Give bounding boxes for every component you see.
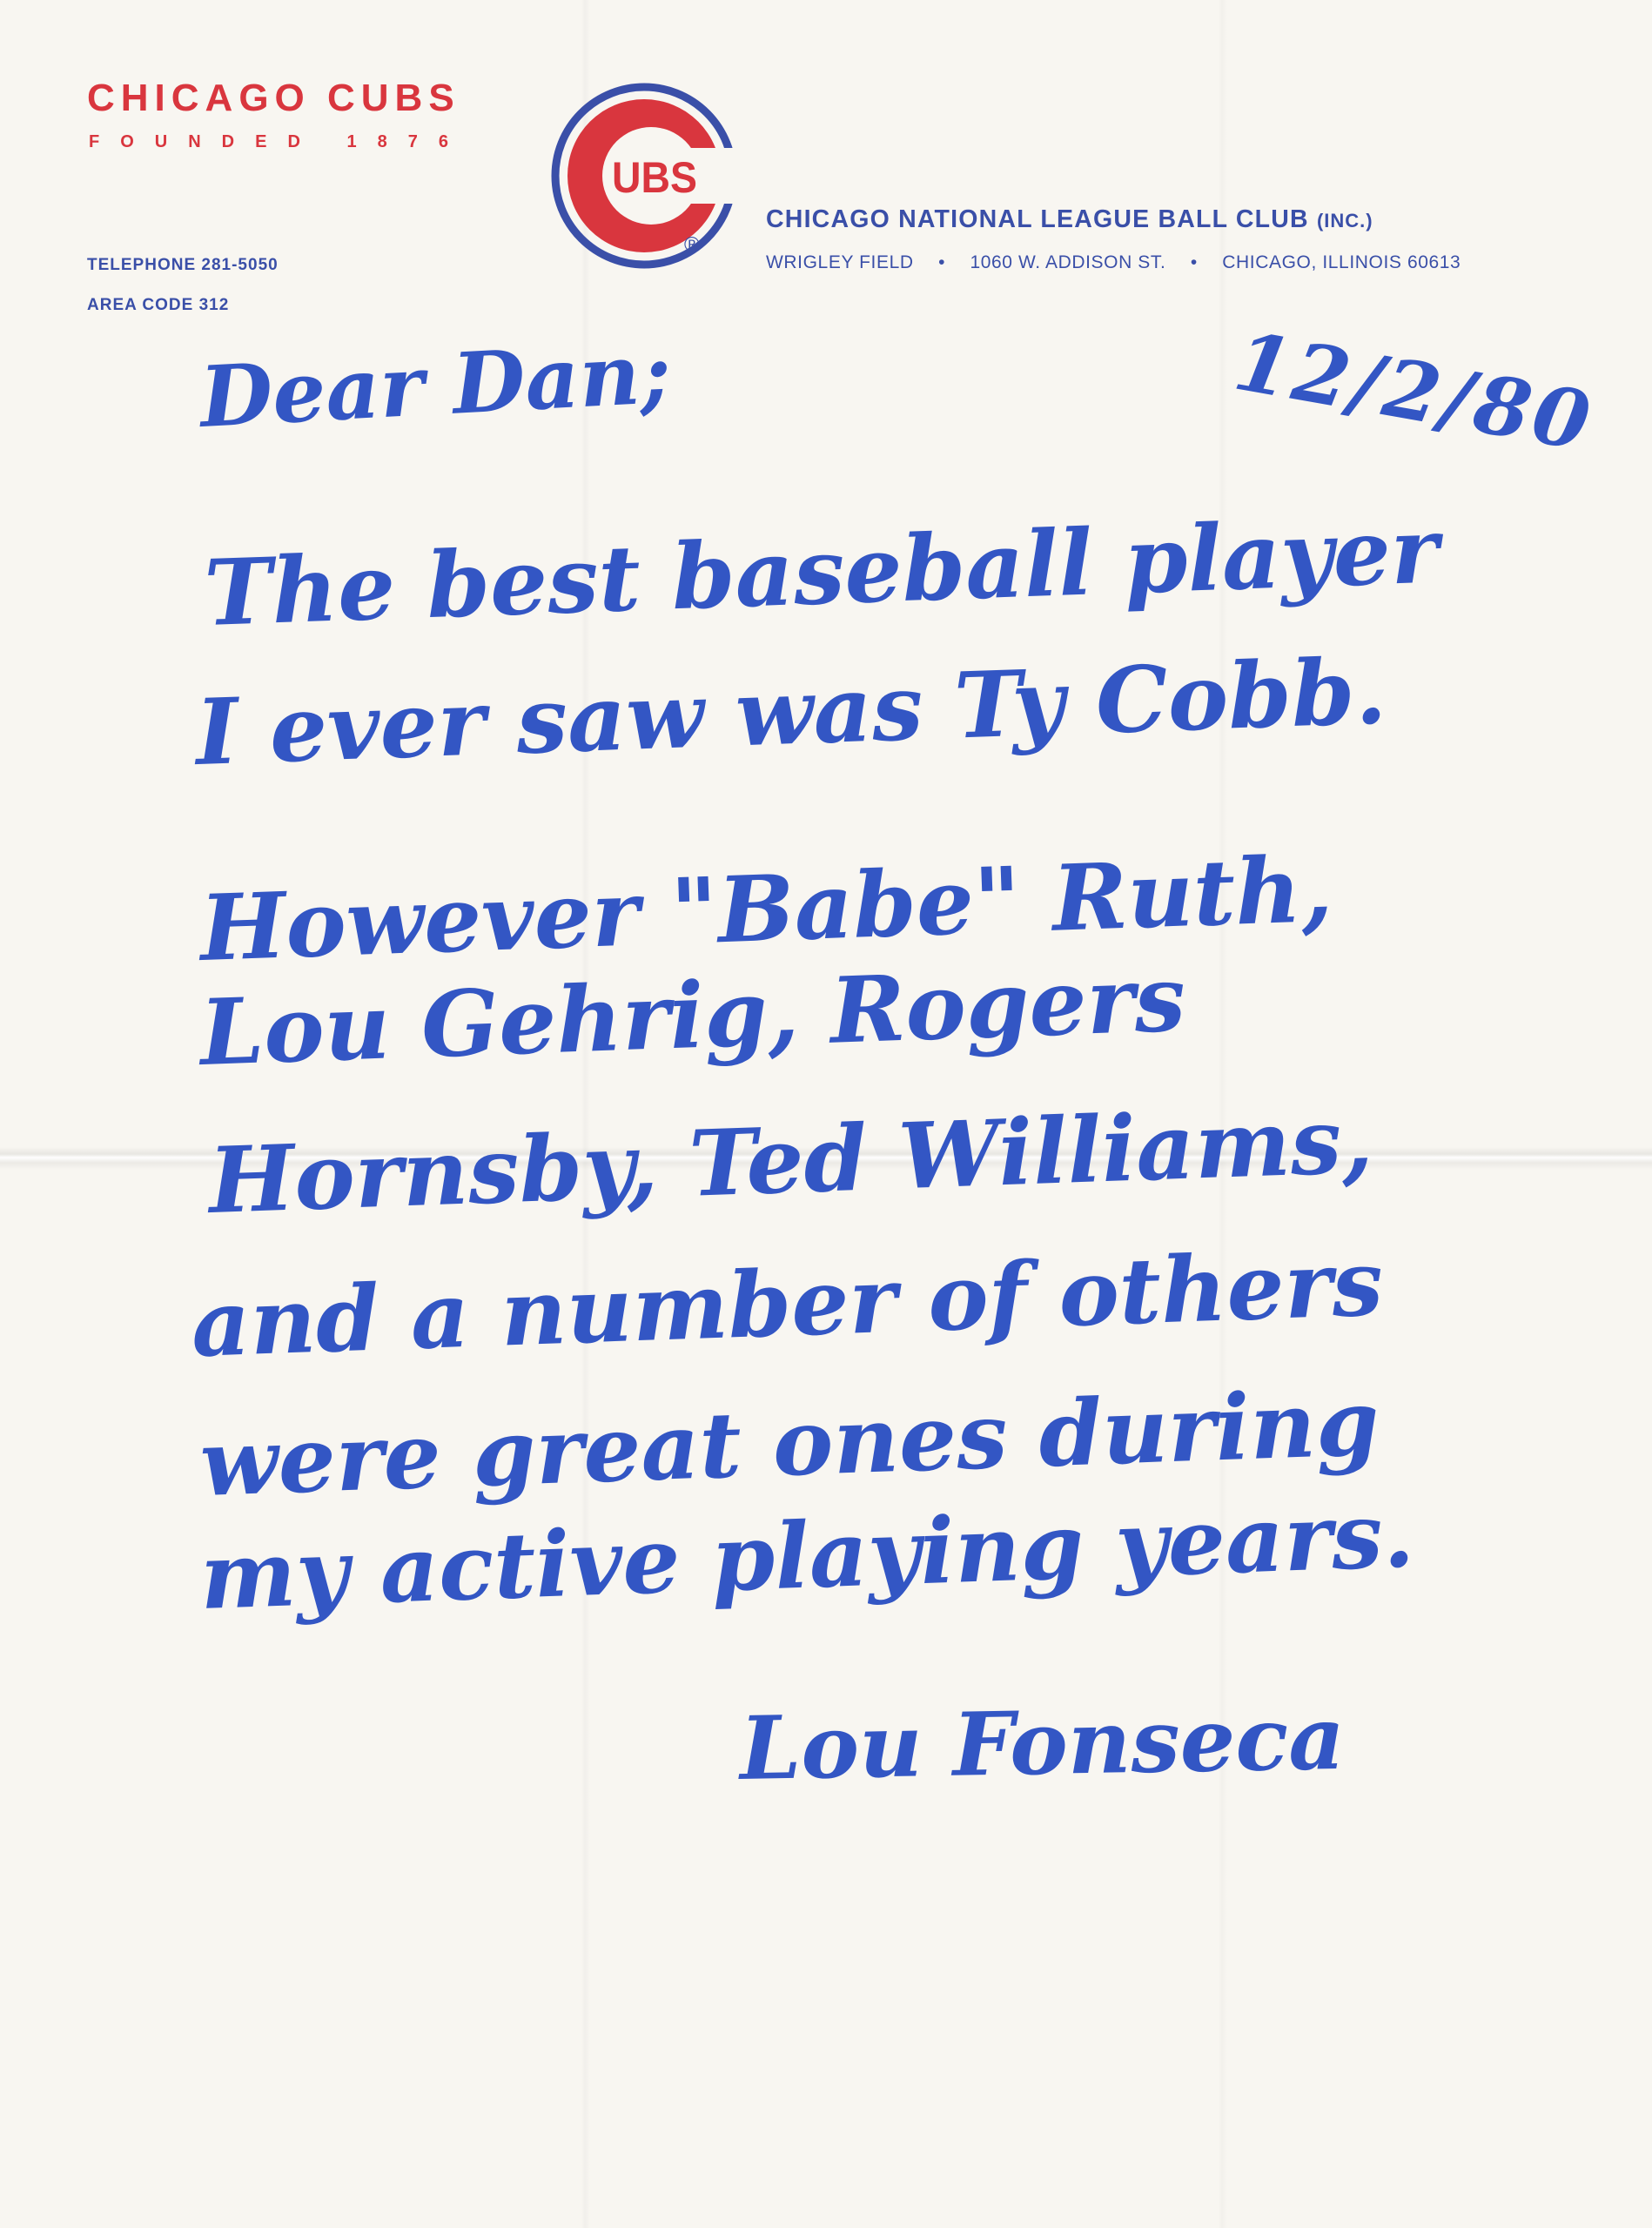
club-suffix: (INC.) <box>1317 210 1373 232</box>
registered-mark: ® <box>684 233 700 258</box>
club-name: CHICAGO NATIONAL LEAGUE BALL CLUB (INC.) <box>766 205 1373 234</box>
address-separator: • <box>938 252 945 272</box>
address-line: WRIGLEY FIELD • 1060 W. ADDISON ST. • CH… <box>766 252 1461 273</box>
signature: Lou Fonseca <box>739 1687 1346 1800</box>
address-street: 1060 W. ADDISON ST. <box>970 252 1165 272</box>
founded-line: FOUNDED 1876 <box>89 132 469 152</box>
telephone-line: TELEPHONE 281-5050 <box>87 256 279 275</box>
cubs-c-logo-icon: UBS <box>548 80 740 272</box>
address-separator: • <box>1191 252 1198 272</box>
team-name: CHICAGO CUBS <box>87 77 460 120</box>
address-venue: WRIGLEY FIELD <box>766 252 914 272</box>
logo-letters: UBS <box>612 153 697 202</box>
area-code-line: AREA CODE 312 <box>87 296 229 315</box>
club-name-text: CHICAGO NATIONAL LEAGUE BALL CLUB <box>766 205 1309 233</box>
address-city: CHICAGO, ILLINOIS 60613 <box>1222 252 1461 272</box>
